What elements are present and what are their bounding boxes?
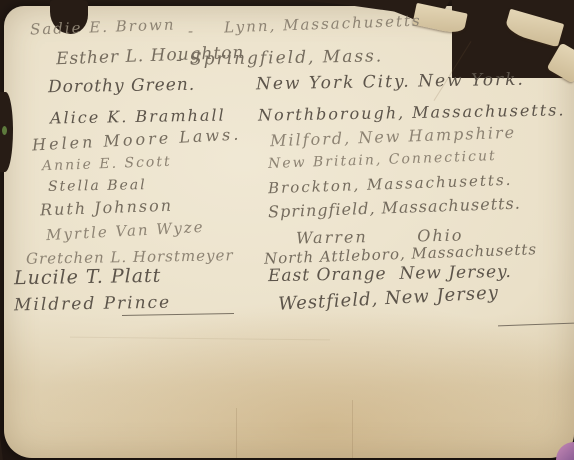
entry-name: Lucile T. Platt xyxy=(14,265,162,290)
entry-name: Mildred Prince xyxy=(14,293,171,316)
green-speck xyxy=(2,126,7,135)
entry-separator: - xyxy=(176,50,182,70)
entry-separator: - xyxy=(188,22,193,40)
entry-name: Stella Beal xyxy=(48,177,147,195)
scanned-document-photo: Sadie E. Brown - Lynn, Massachusetts Est… xyxy=(0,0,574,460)
entry-name: Alice K. Bramhall xyxy=(50,105,226,127)
entry-location: Springfield, Mass. xyxy=(190,46,384,69)
crease-line xyxy=(236,408,237,458)
crease-line xyxy=(352,400,353,458)
entry-name: Dorothy Green. xyxy=(48,75,196,98)
